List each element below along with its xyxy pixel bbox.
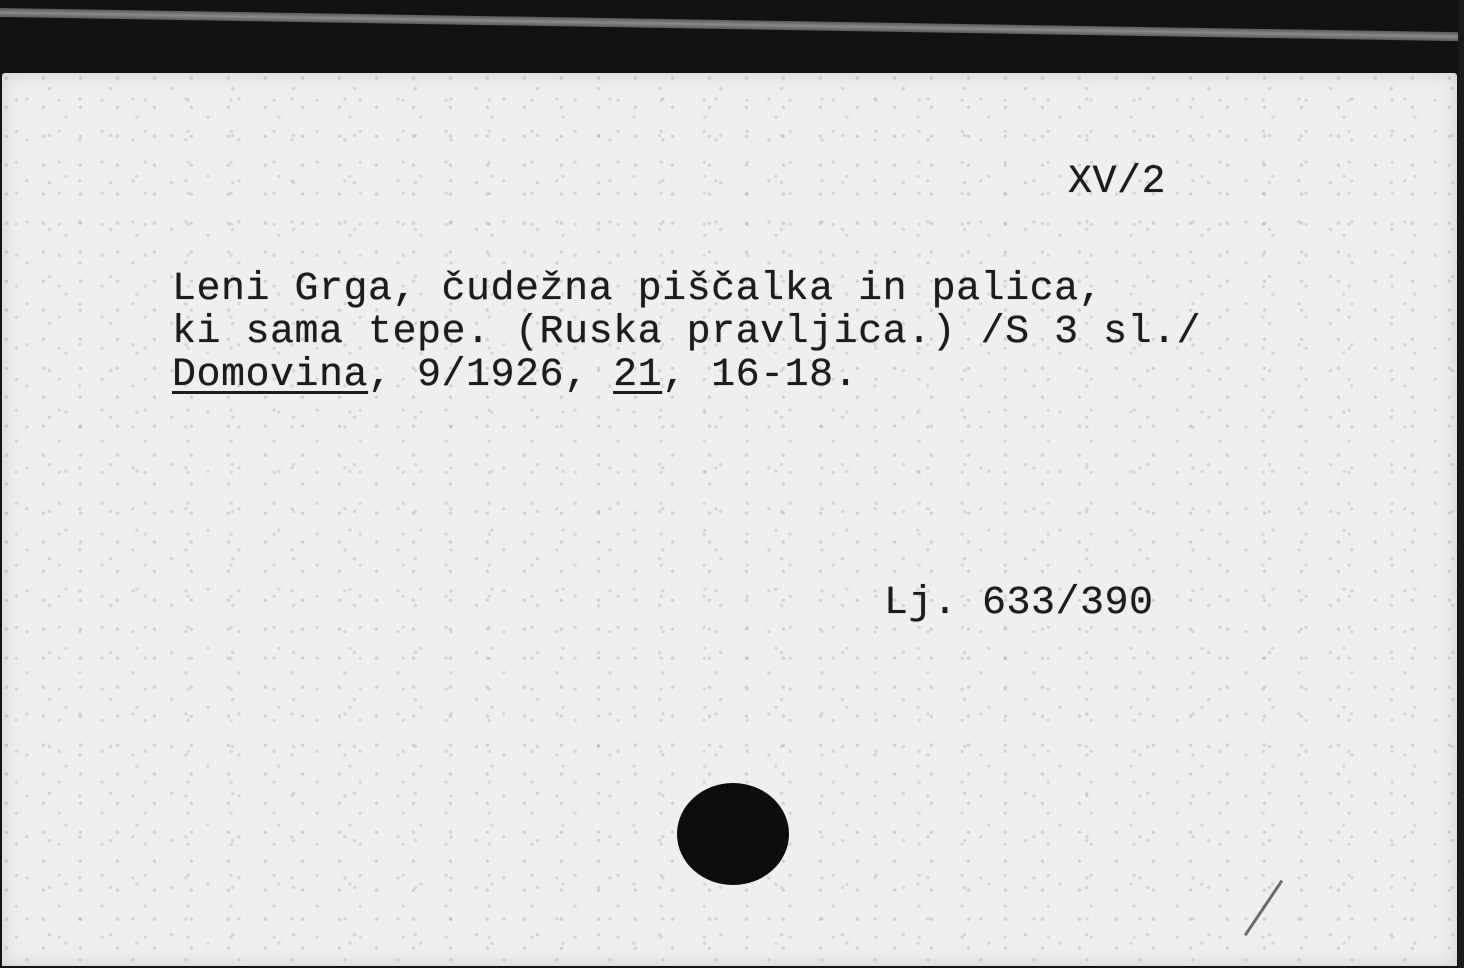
entry-title-line-1: Leni Grga, čudežna piščalka in palica,: [172, 268, 1103, 311]
call-number: XV/2: [1068, 160, 1166, 205]
journal-pages: , 16-18.: [662, 353, 858, 398]
scanner-right-border: [1458, 0, 1464, 968]
scanned-catalog-card-image: XV/2 Leni Grga, čudežna piščalka in pali…: [0, 0, 1464, 968]
journal-name: Domovina: [172, 353, 368, 398]
location-signature: Lj. 633/390: [884, 581, 1154, 626]
entry-citation-line: Domovina, 9/1926, 21, 16-18.: [172, 354, 858, 397]
entry-title-line-2: ki sama tepe. (Ruska pravljica.) /S 3 sl…: [172, 311, 1201, 354]
journal-volume-year: , 9/1926,: [368, 353, 613, 398]
journal-issue: 21: [613, 353, 662, 398]
punch-hole: [677, 783, 789, 885]
scanner-reflection-stripe: [0, 8, 1464, 42]
scanner-top-border: [0, 0, 1464, 74]
